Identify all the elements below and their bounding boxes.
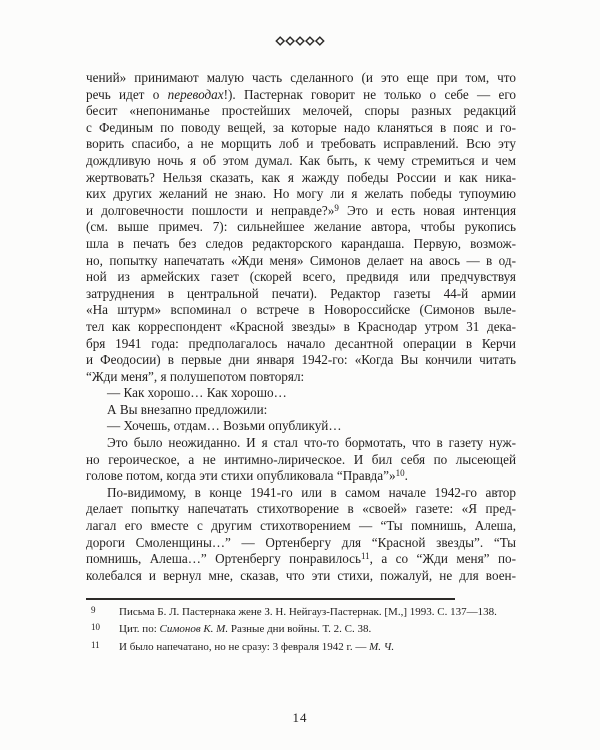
body-line: лагал его вместе с другим стихотворением… — [86, 518, 516, 535]
footnote-number: 9 — [86, 602, 119, 619]
body-line: ной из армейских газет (скорей всего, пр… — [86, 269, 516, 286]
footnote-number: 10 — [86, 619, 119, 636]
body-line: и Феодосии) в первые дни января 1942-го:… — [86, 352, 516, 369]
body-line: «На штурм» вспоминал о встрече в Новорос… — [86, 302, 516, 319]
footnote: 10 Цит. по: Симонов К. М. Разные дни вой… — [86, 621, 516, 638]
body-line: голове потом, когда эти стихи опубликова… — [86, 468, 516, 485]
body-line: (см. выше примеч. 7): сильнейшее желание… — [86, 219, 516, 236]
footnote-number: 11 — [86, 637, 119, 654]
footnote-text: Письма Б. Л. Пастернака жене З. Н. Нейга… — [119, 604, 516, 621]
ornament-row — [0, 35, 600, 47]
body-line: жертвовать? Нельзя сказать, как я жажду … — [86, 170, 516, 187]
body-line: По-видимому, в конце 1941-го или в самом… — [86, 485, 516, 502]
body-line: затруднения в центральной печати). Редак… — [86, 286, 516, 303]
body-line: с Фединым по поводу вещей, за которые на… — [86, 120, 516, 137]
page-number: 14 — [0, 710, 600, 726]
body-line: бесит «непониманье простейших мелочей, с… — [86, 103, 516, 120]
body-line: и долговечности пошлости и неправде?»9 Э… — [86, 203, 516, 220]
body-line: бря 1941 года: предполагалось начало дес… — [86, 336, 516, 353]
body-line: дороги Смоленщины…” — Ортенбергу для “Кр… — [86, 535, 516, 552]
body-line: — Как хорошо… Как хорошо… — [86, 385, 516, 402]
body-line: ких других желаний не знаю. Но могу ли я… — [86, 186, 516, 203]
body-text: чений» принимают малую часть сделанного … — [86, 70, 516, 584]
body-line: ворить спасибо, а не морщить лоб и требо… — [86, 136, 516, 153]
book-page: чений» принимают малую часть сделанного … — [0, 0, 600, 750]
body-line: помнишь, Алеша…” Ортенбергу понравилось1… — [86, 551, 516, 568]
body-line: “Жди меня”, я полушепотом повторял: — [86, 369, 516, 386]
body-line: тел как корреспондент «Красной звезды» в… — [86, 319, 516, 336]
body-line: но, попытку напечатать «Жди меня» Симоно… — [86, 253, 516, 270]
body-line: делает попытку напечатать стихотворение … — [86, 501, 516, 518]
body-line: Это было неожиданно. И я стал что-то бор… — [86, 435, 516, 452]
footnote-separator-rule — [86, 598, 455, 600]
footnote: 9 Письма Б. Л. Пастернака жене З. Н. Ней… — [86, 604, 516, 621]
footnote-text: Цит. по: Симонов К. М. Разные дни войны.… — [119, 621, 516, 638]
body-line: речь идет о переводах!). Пастернак говор… — [86, 87, 516, 104]
diamond-chain-ornament-icon — [275, 34, 325, 51]
body-line: дождливую ночь я об этом думал. Как быть… — [86, 153, 516, 170]
body-line: А Вы внезапно предложили: — [86, 402, 516, 419]
footnotes-section: 9 Письма Б. Л. Пастернака жене З. Н. Ней… — [86, 598, 516, 656]
body-line: но героическое, а не интимно-лирическое.… — [86, 452, 516, 469]
body-line: — Хочешь, отдам… Возьми опубликуй… — [86, 418, 516, 435]
body-line: шла в печать без следов редакторского ка… — [86, 236, 516, 253]
footnote: 11 И было напечатано, но не сразу: 3 фев… — [86, 639, 516, 656]
footnote-text: И было напечатано, но не сразу: 3 феврал… — [119, 639, 516, 656]
body-line: колебался и вернул мне, сказав, что эти … — [86, 568, 516, 585]
body-line: чений» принимают малую часть сделанного … — [86, 70, 516, 87]
